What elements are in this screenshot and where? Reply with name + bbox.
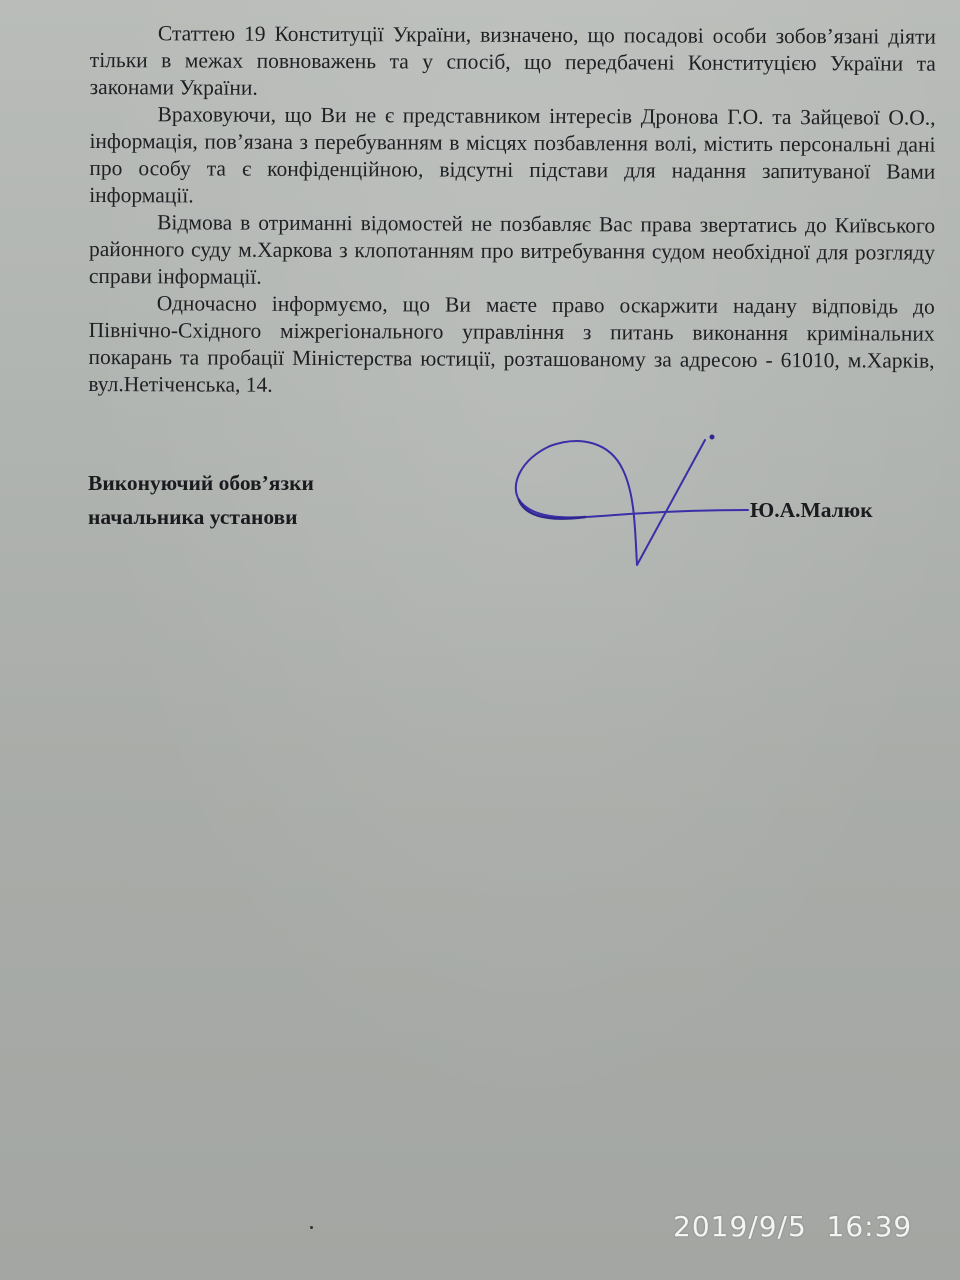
- paragraph-refusal: Відмова в отриманні відомостей не позбав…: [89, 209, 935, 294]
- signer-position-line1: Виконуючий обов’язки: [88, 466, 314, 500]
- paragraph-constitution: Статтею 19 Конституції України, визначен…: [90, 20, 936, 105]
- signer-name: Ю.А.Малюк: [750, 498, 873, 523]
- signer-position: Виконуючий обов’язки начальника установи: [88, 466, 314, 534]
- letter-body: Статтею 19 Конституції України, визначен…: [88, 20, 936, 402]
- paper-speck: [310, 1226, 313, 1229]
- paragraph-not-representative: Враховуючи, що Ви не є представником інт…: [89, 101, 935, 213]
- signer-position-line2: начальника установи: [88, 500, 314, 534]
- paragraph-appeal-info: Одночасно інформуємо, що Ви маєте право …: [88, 290, 934, 402]
- photo-timestamp: 2019/9/5 16:39: [673, 1210, 912, 1243]
- handwritten-signature-icon: [505, 430, 765, 575]
